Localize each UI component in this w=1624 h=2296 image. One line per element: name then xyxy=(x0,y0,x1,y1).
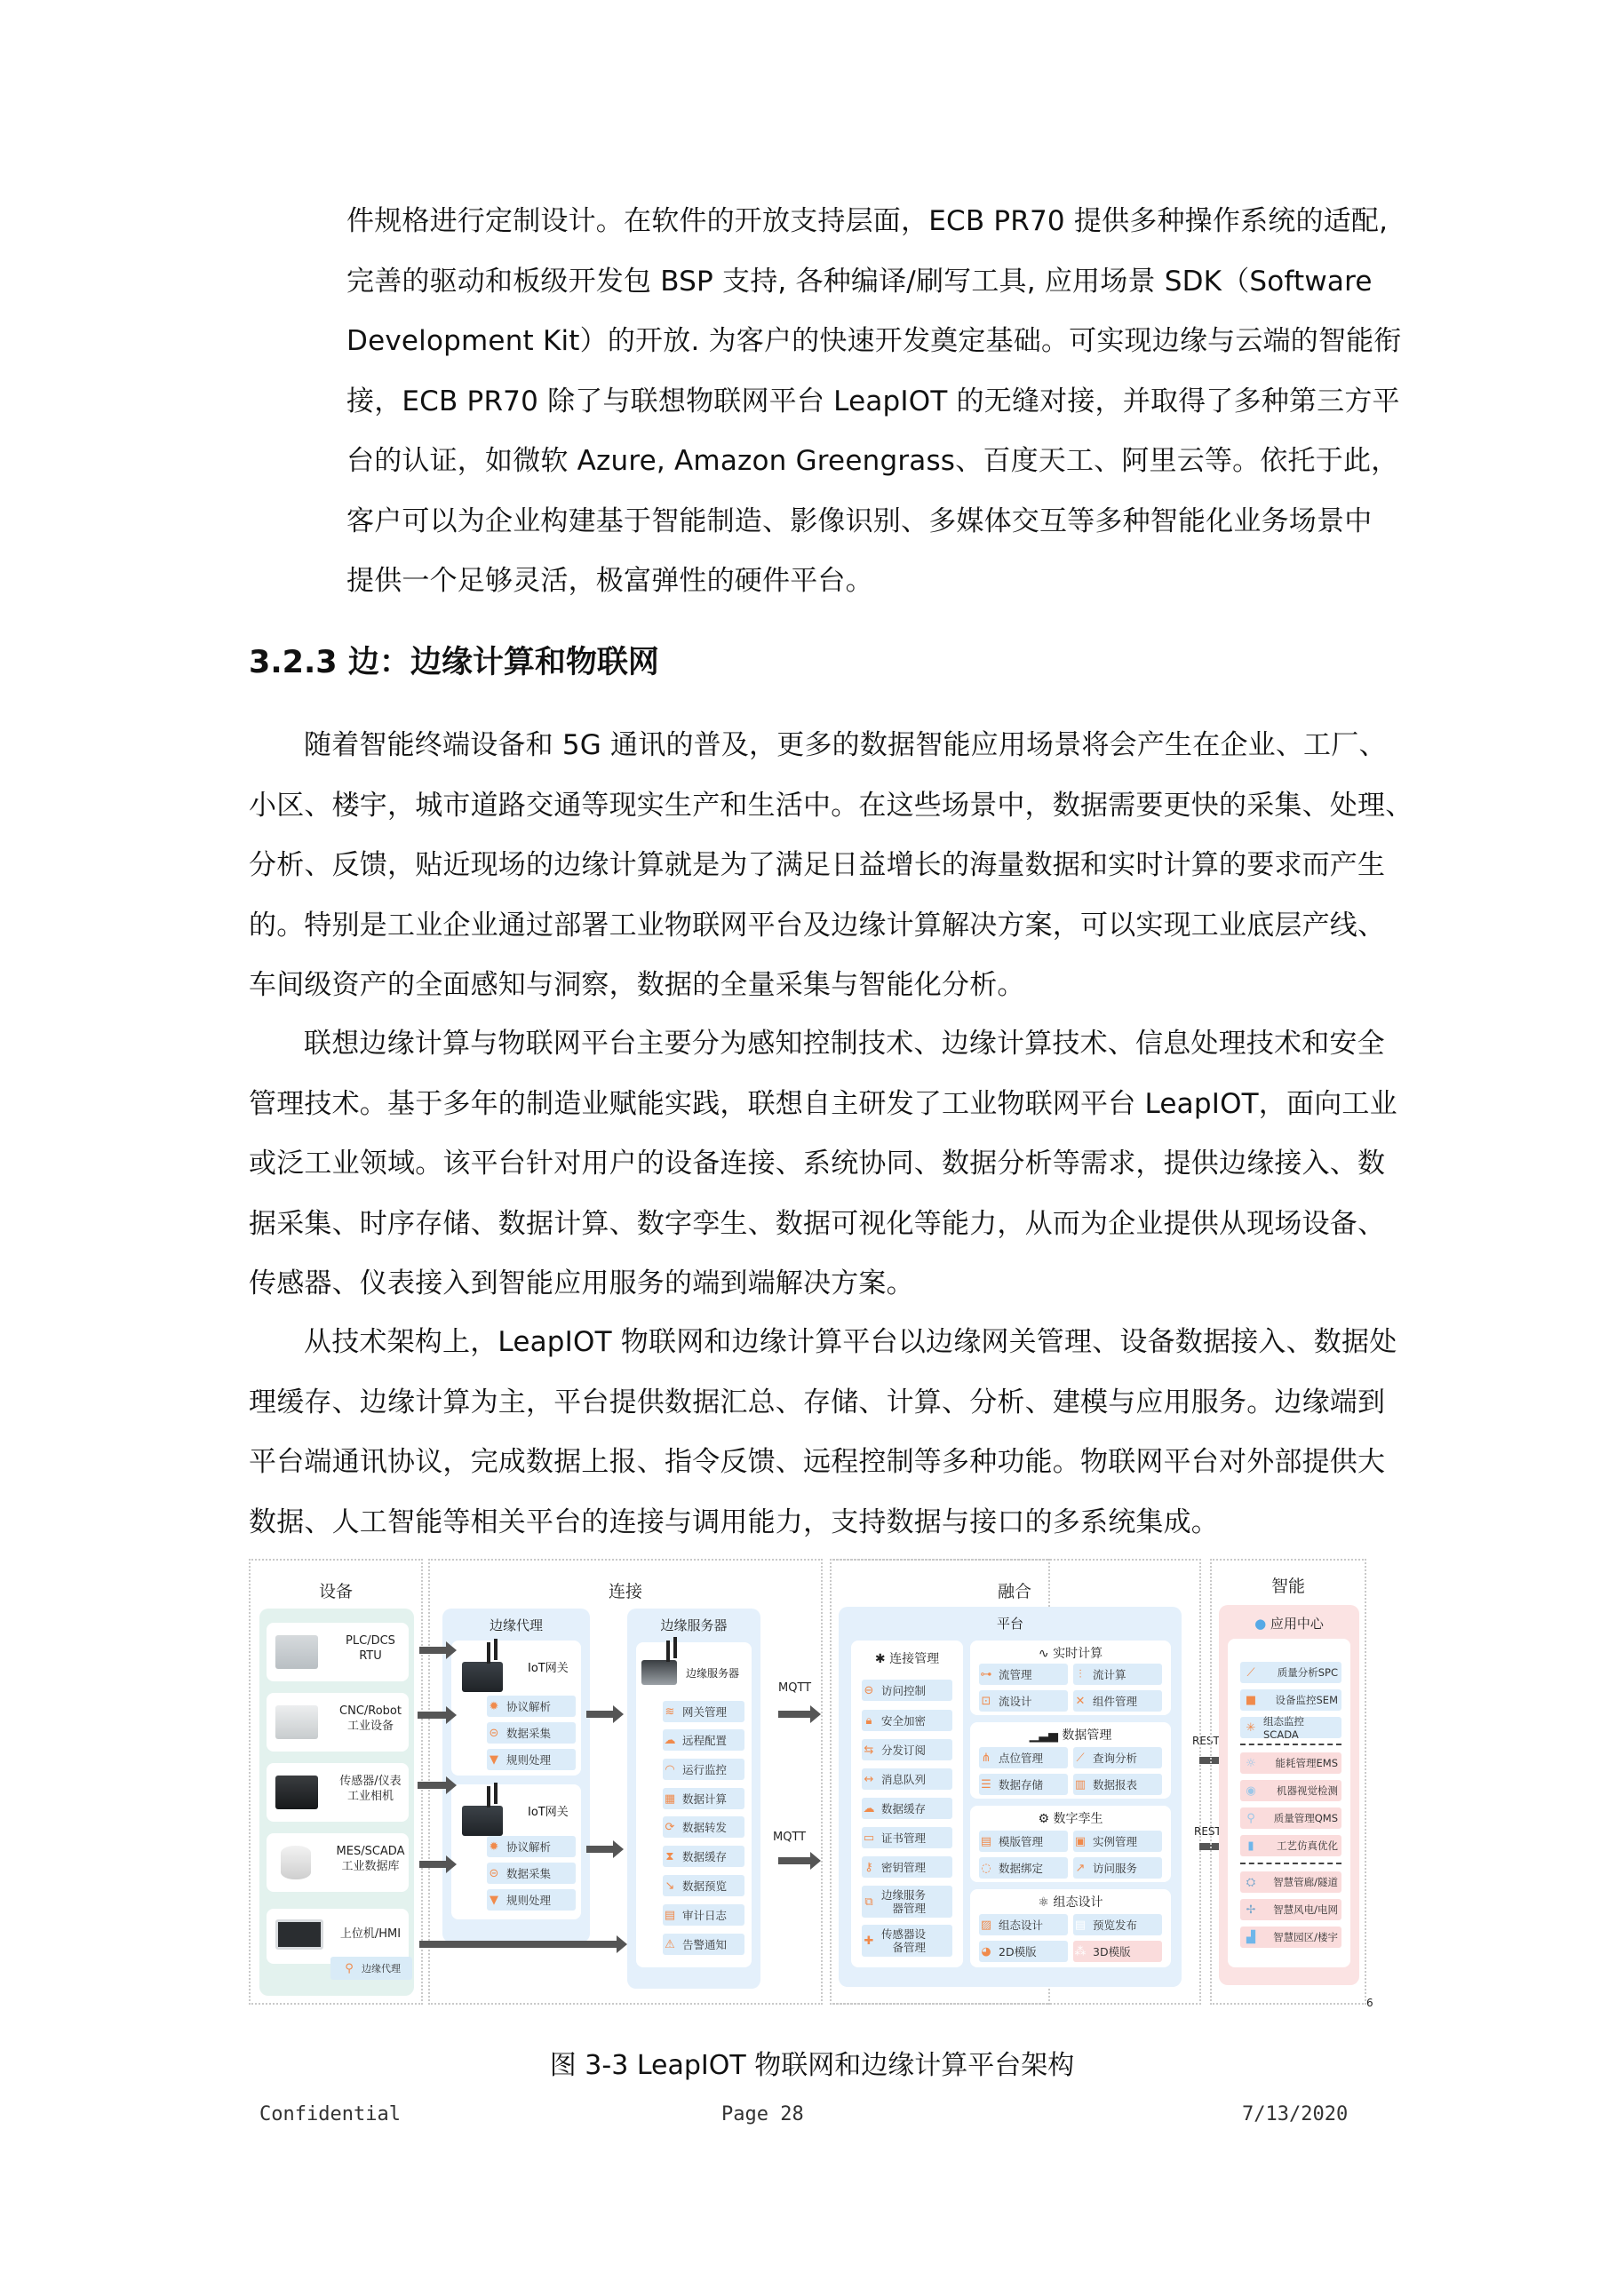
network-icon: ✱ xyxy=(875,1652,889,1666)
pin-icon: ✚ xyxy=(862,1934,876,1948)
chip: ⧉边缘服务 器管理 xyxy=(862,1886,952,1918)
filter-icon: ▼ xyxy=(487,1893,501,1907)
device-sublabel: RTU xyxy=(322,1649,419,1664)
magnifier-icon: ⚲ xyxy=(1244,1811,1258,1825)
text-line: 客户可以为企业构建基于智能制造、影像识别、多媒体交互等多种智能化业务场景中 xyxy=(346,492,1377,552)
device-hmi: 上位机/HMI xyxy=(267,1909,409,1964)
divider xyxy=(1240,1863,1341,1864)
edge-agent-panel: 边缘代理 IoT网关 ✹协议解析 ⊝数据采集 ▼规则处理 IoT网关 ✹协议解析… xyxy=(442,1609,590,1942)
chip: ▥数据报表 xyxy=(1073,1774,1162,1795)
lock-icon: 🔒︎ xyxy=(862,1713,876,1728)
box-icon: ■ xyxy=(1244,1693,1258,1707)
data-management-card: ▁▃▅ 数据管理 ⋔点位管理 ⟋查询分析 ☰数据存储 ▥数据报表 xyxy=(970,1722,1171,1799)
protocol-label: MQTT xyxy=(773,1831,806,1844)
binding-icon: ◌ xyxy=(979,1861,993,1875)
section-title: ⚛ 组态设计 xyxy=(970,1893,1171,1911)
key-icon: ⚷ xyxy=(862,1860,876,1874)
arrow-circle-icon: ⊝ xyxy=(487,1726,501,1740)
section-title: ⚙ 数字孪生 xyxy=(970,1809,1171,1827)
scada-design-card: ⚛ 组态设计 ▨组态设计 ▤预览发布 ◕2D模版 ⁂3D模版 xyxy=(970,1889,1171,1967)
grid-icon: ▦ xyxy=(663,1792,677,1806)
paragraph-architecture: 从技术架构上，LeapIOT 物联网和边缘计算平台以边缘网关管理、设备数据接入、… xyxy=(249,1313,1404,1553)
template-icon: ▤ xyxy=(979,1834,993,1848)
chip: ⇆分发订阅 xyxy=(862,1739,952,1760)
footer-date: 7/13/2020 xyxy=(1242,2103,1348,2125)
gear-icon: ✹ xyxy=(487,1839,501,1854)
column-devices: 设备 PLC/DCSRTU CNC/Robot工业设备 传感器/仪表工业相机 M… xyxy=(249,1559,423,2005)
cubes-icon: ⁂ xyxy=(1073,1944,1087,1958)
chip: ▤模版管理 xyxy=(979,1831,1068,1852)
chip: ▼规则处理 xyxy=(487,1749,576,1770)
column-title: 智能 xyxy=(1212,1573,1365,1597)
arrow xyxy=(418,1782,448,1789)
text-line: 件规格进行定制设计。在软件的开放支持层面，ECB PR70 提供多种操作系统的适… xyxy=(346,192,1377,252)
chip: ▨组态设计 xyxy=(979,1914,1068,1935)
chip: ✚传感器设 备管理 xyxy=(862,1925,952,1957)
chip: ⊖访问控制 xyxy=(862,1680,952,1701)
text-line: 车间级资产的全面感知与洞察，数据的全量采集与智能化分析。 xyxy=(249,956,1404,1016)
line-chart-icon: ⟋ xyxy=(1073,1751,1087,1765)
device-sublabel: 工业数据库 xyxy=(322,1859,419,1874)
link-icon: ⚲ xyxy=(342,1961,356,1975)
iot-gateway-card: IoT网关 ✹协议解析 ⊝数据采集 ▼规则处理 xyxy=(451,1784,581,1919)
text-line: 的。特别是工业企业通过部署工业物联网平台及边缘计算解决方案，可以实现工业底层产线… xyxy=(249,896,1404,957)
device-cnc: CNC/Robot工业设备 xyxy=(267,1693,409,1752)
arrow xyxy=(419,1647,448,1654)
chip: ✳组态监控SCADA xyxy=(1240,1717,1341,1738)
arrow xyxy=(418,1712,448,1719)
section-heading: 3.2.3 边：边缘计算和物联网 xyxy=(249,638,659,682)
monitor-icon xyxy=(275,1919,323,1950)
text-line: 接，ECB PR70 除了与联想物联网平台 LeapIOT 的无缝对接，并取得了… xyxy=(346,372,1377,433)
gateway-title: IoT网关 xyxy=(528,1802,569,1819)
arrow xyxy=(778,1857,812,1864)
text-line: 小区、楼宇，城市道路交通等现实生产和生活中。在这些场景中，数据需要更快的采集、处… xyxy=(249,776,1404,837)
chip: ▤审计日志 xyxy=(663,1904,744,1926)
device-sublabel: 工业设备 xyxy=(322,1719,419,1734)
alarm-icon: ⚠ xyxy=(663,1937,677,1951)
database-icon xyxy=(281,1846,311,1879)
text-line: 据采集、时序存储、数据计算、数字孪生、数据可视化等能力，从而为企业提供从现场设备… xyxy=(249,1195,1404,1255)
chip: ◠运行监控 xyxy=(663,1759,744,1780)
server-device-icon xyxy=(641,1660,677,1685)
arrow xyxy=(586,1711,615,1718)
figure-caption: 图 3-3 LeapIOT 物联网和边缘计算平台架构 xyxy=(0,2043,1624,2082)
device-label: PLC/DCS xyxy=(322,1633,419,1649)
server-title: 边缘服务器 xyxy=(686,1665,739,1680)
gears-icon: ⚙ xyxy=(1038,1812,1053,1826)
gateway-device-icon xyxy=(462,1806,503,1836)
column-title: 融合 xyxy=(830,1578,1199,1602)
chip: 🔒︎安全加密 xyxy=(862,1710,952,1731)
chip: ▤预览发布 xyxy=(1073,1914,1162,1935)
chip: ⚠告警通知 xyxy=(663,1934,744,1955)
footer-confidential: Confidential xyxy=(259,2103,401,2125)
scada-icon: ✳ xyxy=(1244,1720,1258,1735)
chip: ▼规则处理 xyxy=(487,1889,576,1911)
chip: ◕2D模版 xyxy=(979,1941,1068,1962)
server-cloud-icon: ⧉ xyxy=(862,1895,876,1909)
chip: ⊶流管理 xyxy=(979,1664,1068,1685)
edge-server-panel: 边缘服务器 边缘服务器 ≋网关管理 ☁远程配置 ◠运行监控 ▦数据计算 ⟳数据转… xyxy=(627,1609,760,1989)
footer-page-number: Page 28 xyxy=(721,2103,804,2125)
gear-icon: ✹ xyxy=(487,1699,501,1713)
wind-turbine-icon: ✢ xyxy=(1244,1903,1258,1917)
chart-down-icon: ↘ xyxy=(663,1879,677,1893)
chip: ⚲质量管理QMS xyxy=(1240,1807,1341,1829)
bottle-icon: ▮ xyxy=(1244,1839,1258,1853)
device-mes: MES/SCADA工业数据库 xyxy=(267,1833,409,1892)
design-icon: ▨ xyxy=(979,1918,993,1932)
document-icon: ▤ xyxy=(663,1908,677,1922)
filter-icon: ▼ xyxy=(487,1752,501,1767)
panel-title: 平台 xyxy=(839,1614,1182,1633)
certificate-icon: ▭ xyxy=(862,1831,876,1845)
chip: ⧗数据缓存 xyxy=(663,1846,744,1867)
panel-title: 边缘代理 xyxy=(442,1616,590,1634)
edge-server-card: 边缘服务器 ≋网关管理 ☁远程配置 ◠运行监控 ▦数据计算 ⟳数据转发 ⧗数据缓… xyxy=(636,1642,752,1967)
text-line: 平台端通讯协议，完成数据上报、指令反馈、远程控制等多种功能。物联网平台对外部提供… xyxy=(249,1433,1404,1493)
arrow xyxy=(778,1711,812,1718)
chip: ⟳数据转发 xyxy=(663,1816,744,1838)
pipeline-icon: ⛭ xyxy=(1244,1875,1258,1889)
chip: ☁远程配置 xyxy=(663,1729,744,1751)
brain-icon: ● xyxy=(1254,1616,1270,1632)
chip: ⚷密钥管理 xyxy=(862,1856,952,1878)
bar-chart-icon: ▥ xyxy=(1073,1777,1087,1792)
chip: ↘数据预览 xyxy=(663,1875,744,1896)
chip: ↔消息队列 xyxy=(862,1768,952,1790)
paragraph-intro-continued: 件规格进行定制设计。在软件的开放支持层面，ECB PR70 提供多种操作系统的适… xyxy=(346,192,1377,612)
instance-icon: ▣ xyxy=(1073,1834,1087,1848)
app-center-card: ⟋质量分析SPC ■设备监控SEM ✳组态监控SCADA ☼能耗管理EMS ◉机… xyxy=(1228,1639,1350,1967)
panel-title: ● 应用中心 xyxy=(1219,1614,1359,1633)
connection-management-card: ✱ 连接管理 ⊖访问控制 🔒︎安全加密 ⇆分发订阅 ↔消息队列 ☁数据缓存 ▭证… xyxy=(851,1641,963,1967)
digital-twin-card: ⚙ 数字孪生 ▤模版管理 ▣实例管理 ◌数据绑定 ↗访问服务 xyxy=(970,1806,1171,1882)
gateway-title: IoT网关 xyxy=(528,1658,569,1675)
iot-gateway-card: IoT网关 ✹协议解析 ⊝数据采集 ▼规则处理 xyxy=(451,1641,581,1776)
router-icon: ≋ xyxy=(663,1704,677,1719)
chip: ⊡流设计 xyxy=(979,1690,1068,1712)
chip: ↗访问服务 xyxy=(1073,1857,1162,1879)
device-sublabel: 工业相机 xyxy=(322,1789,419,1804)
preview-icon: ▤ xyxy=(1073,1918,1087,1932)
section-title: ✱ 连接管理 xyxy=(851,1649,963,1667)
flow-icon: ⊶ xyxy=(979,1667,993,1681)
chip: ▣实例管理 xyxy=(1073,1831,1162,1852)
column-title: 连接 xyxy=(430,1578,821,1602)
chip: ✹协议解析 xyxy=(487,1836,576,1857)
section-title: ▁▃▅ 数据管理 xyxy=(970,1726,1171,1744)
chip: ▦数据计算 xyxy=(663,1788,744,1809)
chip: ⋔点位管理 xyxy=(979,1747,1068,1768)
trend-chart-icon: ⟋ xyxy=(1244,1665,1258,1680)
chip: ☁数据缓存 xyxy=(862,1798,952,1819)
chip: ✹协议解析 xyxy=(487,1696,576,1717)
text-line: 数据、人工智能等相关平台的连接与调用能力，支持数据与接口的多系统集成。 xyxy=(249,1493,1404,1553)
chip: ⫶流计算 xyxy=(1073,1664,1162,1685)
cnc-machine-icon xyxy=(275,1705,318,1739)
arrow xyxy=(419,1861,448,1868)
divider xyxy=(1240,1744,1341,1745)
device-label: 传感器/仪表 xyxy=(322,1774,419,1789)
text-line: 传感器、仪表接入到智能应用服务的端到端解决方案。 xyxy=(249,1254,1404,1315)
device-plc: PLC/DCSRTU xyxy=(267,1623,409,1681)
plc-icon xyxy=(275,1635,318,1669)
buildings-icon: ▟ xyxy=(1244,1930,1258,1944)
chip: ☰数据存储 xyxy=(979,1774,1068,1795)
chip: ✕组件管理 xyxy=(1073,1690,1162,1712)
atom-icon: ⚛ xyxy=(1038,1895,1053,1910)
text-line: 从技术架构上，LeapIOT 物联网和边缘计算平台以边缘网关管理、设备数据接入、… xyxy=(249,1313,1404,1373)
pulse-icon: ∿ xyxy=(1039,1647,1053,1661)
chip: ⟋质量分析SPC xyxy=(1240,1662,1341,1683)
device-label: 上位机/HMI xyxy=(322,1927,419,1942)
chip: ■设备监控SEM xyxy=(1240,1689,1341,1711)
chip: ⁂3D模版 xyxy=(1073,1941,1162,1962)
cloud-icon: ☁ xyxy=(862,1801,876,1815)
arrow-circle-icon: ⊝ xyxy=(487,1866,501,1880)
text-line: 完善的驱动和板级开发包 BSP 支持, 各种编译/刷写工具, 应用场景 SDK（… xyxy=(346,252,1377,313)
text-line: 随着智能终端设备和 5G 通讯的普及，更多的数据智能应用场景将会产生在企业、工厂… xyxy=(249,716,1404,776)
code-arrows-icon: ↔ xyxy=(862,1772,876,1786)
camera-icon xyxy=(275,1776,318,1809)
pie-chart-icon: ◕ xyxy=(979,1944,993,1958)
text-line: 理缓存、边缘计算为主，平台提供数据汇总、存储、计算、分析、建模与应用服务。边缘端… xyxy=(249,1373,1404,1434)
chip: ▭证书管理 xyxy=(862,1827,952,1848)
panel-title: 边缘服务器 xyxy=(627,1616,760,1634)
eye-icon: ◉ xyxy=(1244,1784,1258,1798)
text-line: 分析、反馈，贴近现场的边缘计算就是为了满足日益增长的海量数据和实时计算的要求而产… xyxy=(249,836,1404,896)
device-label: MES/SCADA xyxy=(322,1844,419,1859)
architecture-diagram: 设备 PLC/DCSRTU CNC/Robot工业设备 传感器/仪表工业相机 M… xyxy=(249,1559,1370,2007)
section-title: ∿ 实时计算 xyxy=(970,1644,1171,1662)
platform-panel: 平台 ✱ 连接管理 ⊖访问控制 🔒︎安全加密 ⇆分发订阅 ↔消息队列 ☁数据缓存… xyxy=(839,1607,1182,1987)
swap-icon: ⇆ xyxy=(862,1743,876,1757)
gauge-icon: ◠ xyxy=(663,1762,677,1776)
protocol-label: MQTT xyxy=(778,1681,811,1695)
chip: ⛭智慧管廊/隧道 xyxy=(1240,1871,1341,1893)
cloud-download-icon: ☁ xyxy=(663,1733,677,1747)
text-line: 台的认证，如微软 Azure, Amazon Greengrass、百度天工、阿… xyxy=(346,432,1377,492)
chip: ◌数据绑定 xyxy=(979,1857,1068,1879)
app-center-panel: ● 应用中心 ⟋质量分析SPC ■设备监控SEM ✳组态监控SCADA ☼能耗管… xyxy=(1219,1605,1359,1985)
waveform-icon: ⫶ xyxy=(1073,1667,1087,1681)
chip: ≋网关管理 xyxy=(663,1701,744,1722)
text-line: 提供一个足够灵活，极富弹性的硬件平台。 xyxy=(346,552,1377,612)
text-line: 联想边缘计算与物联网平台主要分为感知控制技术、边缘计算技术、信息处理技术和安全 xyxy=(249,1014,1404,1075)
arrow xyxy=(586,1846,615,1853)
no-entry-icon: ⊖ xyxy=(862,1683,876,1697)
edge-agent-badge: ⚲边缘代理 xyxy=(330,1957,412,1980)
refresh-icon: ⟳ xyxy=(663,1820,677,1834)
chip: ✢智慧风电/电网 xyxy=(1240,1899,1341,1920)
paragraph-edge-intro: 随着智能终端设备和 5G 通讯的普及，更多的数据智能应用场景将会产生在企业、工厂… xyxy=(249,716,1404,1016)
text-line: 或泛工业领域。该平台针对用户的设备连接、系统协同、数据分析等需求，提供边缘接入、… xyxy=(249,1134,1404,1195)
gateway-device-icon xyxy=(462,1662,503,1692)
share-icon: ↗ xyxy=(1073,1861,1087,1875)
paragraph-lenovo-platform: 联想边缘计算与物联网平台主要分为感知控制技术、边缘计算技术、信息处理技术和安全 … xyxy=(249,1014,1404,1315)
hierarchy-icon: ⋔ xyxy=(979,1751,993,1765)
hourglass-icon: ⧗ xyxy=(663,1849,677,1863)
chip: ⊝数据采集 xyxy=(487,1863,576,1884)
chip: ◉机器视觉检测 xyxy=(1240,1780,1341,1801)
chip: ⊝数据采集 xyxy=(487,1722,576,1744)
flow-design-icon: ⊡ xyxy=(979,1694,993,1708)
realtime-compute-card: ∿ 实时计算 ⊶流管理 ⫶流计算 ⊡流设计 ✕组件管理 xyxy=(970,1641,1171,1715)
text-line: 管理技术。基于多年的制造业赋能实践，联想自主研发了工业物联网平台 LeapIOT… xyxy=(249,1075,1404,1135)
bulb-icon: ☼ xyxy=(1244,1756,1258,1770)
text-line: Development Kit）的开放. 为客户的快速开发奠定基础。可实现边缘与… xyxy=(346,312,1377,372)
chip: ⟋查询分析 xyxy=(1073,1747,1162,1768)
storage-icon: ☰ xyxy=(979,1777,993,1792)
column-title: 设备 xyxy=(251,1578,421,1602)
bars-icon: ▁▃▅ xyxy=(1030,1728,1063,1743)
chip: ▮工艺仿真优化 xyxy=(1240,1835,1341,1856)
chip: ☼能耗管理EMS xyxy=(1240,1752,1341,1774)
device-sensor: 传感器/仪表工业相机 xyxy=(267,1763,409,1822)
tools-icon: ✕ xyxy=(1073,1694,1087,1708)
arrow xyxy=(419,1941,618,1948)
device-label: CNC/Robot xyxy=(322,1704,419,1719)
chip: ▟智慧园区/楼宇 xyxy=(1240,1927,1341,1948)
slide-number: 6 xyxy=(1366,1997,1373,2009)
